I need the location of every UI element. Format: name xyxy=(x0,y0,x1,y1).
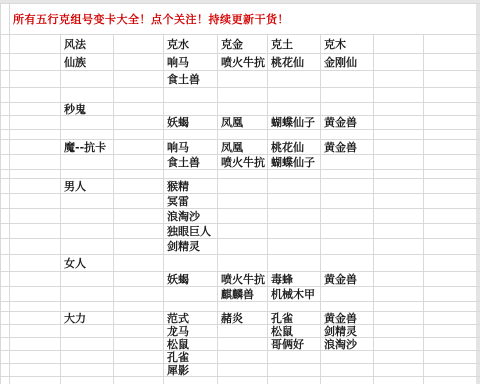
empty-cell[interactable] xyxy=(114,140,164,155)
empty-cell[interactable] xyxy=(268,302,321,312)
empty-cell[interactable] xyxy=(424,71,480,88)
empty-cell[interactable] xyxy=(424,209,480,224)
empty-cell[interactable] xyxy=(321,194,374,209)
empty-cell[interactable] xyxy=(1,140,10,155)
row-label-cell[interactable]: 男人 xyxy=(61,179,114,194)
row-label-cell[interactable]: 大力 xyxy=(61,312,114,325)
monster-cell[interactable]: 松鼠 xyxy=(164,338,218,351)
empty-cell[interactable] xyxy=(268,351,321,364)
empty-cell[interactable] xyxy=(114,54,164,71)
empty-cell[interactable] xyxy=(61,71,114,88)
empty-cell[interactable] xyxy=(218,325,268,338)
empty-cell[interactable] xyxy=(1,364,10,377)
empty-cell[interactable] xyxy=(164,88,218,103)
empty-cell[interactable] xyxy=(424,302,480,312)
empty-cell[interactable] xyxy=(268,103,321,116)
table-row: 男人猴精 xyxy=(1,179,480,194)
empty-cell[interactable] xyxy=(114,377,164,384)
empty-cell[interactable] xyxy=(61,351,114,364)
monster-cell[interactable]: 浪淘沙 xyxy=(321,338,374,351)
table-row: 食土兽 xyxy=(1,71,480,88)
empty-cell[interactable] xyxy=(61,287,114,302)
empty-cell[interactable] xyxy=(374,130,424,140)
empty-cell[interactable] xyxy=(424,116,480,130)
empty-cell[interactable] xyxy=(1,272,10,287)
empty-cell[interactable] xyxy=(114,302,164,312)
empty-cell[interactable] xyxy=(1,287,10,302)
column-header-row: 风法克水克金克土克木 xyxy=(1,35,480,54)
empty-cell[interactable] xyxy=(114,35,164,54)
five-elements-counter-table: 所有五行克组号变卡大全！点个关注！持续更新干货！ 风法克水克金克土克木仙族响马喷… xyxy=(0,3,480,384)
monster-cell[interactable]: 喷火牛抗 xyxy=(218,54,268,71)
empty-cell[interactable] xyxy=(164,130,218,140)
monster-cell[interactable]: 猴精 xyxy=(164,179,218,194)
empty-cell[interactable] xyxy=(1,179,10,194)
empty-cell[interactable] xyxy=(10,170,61,179)
table-row xyxy=(1,88,480,103)
table-row xyxy=(1,170,480,179)
monster-cell[interactable]: 喷火牛抗 xyxy=(218,272,268,287)
monster-cell[interactable]: 犀影 xyxy=(164,364,218,377)
empty-cell[interactable] xyxy=(321,155,374,170)
empty-cell[interactable] xyxy=(10,255,61,272)
empty-cell[interactable] xyxy=(114,338,164,351)
empty-cell[interactable] xyxy=(374,351,424,364)
table-row xyxy=(1,377,480,384)
empty-cell[interactable] xyxy=(164,287,218,302)
column-header-cell[interactable]: 克金 xyxy=(218,35,268,54)
empty-cell[interactable] xyxy=(374,272,424,287)
empty-cell[interactable] xyxy=(61,170,114,179)
empty-cell[interactable] xyxy=(61,377,114,384)
empty-cell[interactable] xyxy=(374,88,424,103)
monster-cell[interactable]: 金刚仙 xyxy=(321,54,374,71)
row-label-cell[interactable]: 仙族 xyxy=(61,54,114,71)
empty-cell[interactable] xyxy=(114,255,164,272)
monster-cell[interactable]: 桃花仙 xyxy=(268,140,321,155)
empty-cell[interactable] xyxy=(10,209,61,224)
empty-cell[interactable] xyxy=(218,224,268,239)
monster-cell[interactable]: 响马 xyxy=(164,140,218,155)
spreadsheet-view: 所有五行克组号变卡大全！点个关注！持续更新干货！ 风法克水克金克土克木仙族响马喷… xyxy=(0,0,480,384)
empty-cell[interactable] xyxy=(218,338,268,351)
empty-cell[interactable] xyxy=(424,54,480,71)
empty-cell[interactable] xyxy=(321,71,374,88)
monster-cell[interactable]: 龙马 xyxy=(164,325,218,338)
empty-cell[interactable] xyxy=(268,71,321,88)
empty-cell[interactable] xyxy=(424,338,480,351)
empty-cell[interactable] xyxy=(61,116,114,130)
empty-cell[interactable] xyxy=(218,209,268,224)
column-header-cell[interactable]: 克土 xyxy=(268,35,321,54)
empty-cell[interactable] xyxy=(114,179,164,194)
empty-cell[interactable] xyxy=(374,377,424,384)
empty-cell[interactable] xyxy=(374,103,424,116)
empty-cell[interactable] xyxy=(1,325,10,338)
monster-cell[interactable]: 剑精灵 xyxy=(164,239,218,255)
monster-cell[interactable]: 浪淘沙 xyxy=(164,209,218,224)
empty-cell[interactable] xyxy=(1,88,10,103)
empty-cell[interactable] xyxy=(10,103,61,116)
empty-cell[interactable] xyxy=(1,338,10,351)
monster-cell[interactable]: 黄金兽 xyxy=(321,140,374,155)
empty-cell[interactable] xyxy=(321,287,374,302)
empty-cell[interactable] xyxy=(374,54,424,71)
empty-cell[interactable] xyxy=(114,364,164,377)
empty-cell[interactable] xyxy=(61,239,114,255)
empty-cell[interactable] xyxy=(374,116,424,130)
empty-cell[interactable] xyxy=(1,170,10,179)
empty-cell[interactable] xyxy=(374,338,424,351)
monster-cell[interactable]: 剑精灵 xyxy=(321,325,374,338)
monster-cell[interactable]: 蝴蝶仙子 xyxy=(268,155,321,170)
empty-cell[interactable] xyxy=(1,239,10,255)
empty-cell[interactable] xyxy=(1,116,10,130)
empty-cell[interactable] xyxy=(268,239,321,255)
empty-cell[interactable] xyxy=(424,194,480,209)
empty-cell[interactable] xyxy=(61,302,114,312)
empty-cell[interactable] xyxy=(218,88,268,103)
empty-cell[interactable] xyxy=(1,130,10,140)
empty-cell[interactable] xyxy=(10,71,61,88)
empty-cell[interactable] xyxy=(424,224,480,239)
empty-cell[interactable] xyxy=(268,377,321,384)
table-row: 妖蝎喷火牛抗毒蜂黄金兽 xyxy=(1,272,480,287)
empty-cell[interactable] xyxy=(268,224,321,239)
monster-cell[interactable]: 哥俩好 xyxy=(268,338,321,351)
table-row: 冥雷 xyxy=(1,194,480,209)
monster-cell[interactable]: 麒麟兽 xyxy=(218,287,268,302)
empty-cell[interactable] xyxy=(374,239,424,255)
empty-cell[interactable] xyxy=(424,351,480,364)
empty-cell[interactable] xyxy=(218,170,268,179)
empty-cell[interactable] xyxy=(1,194,10,209)
monster-cell[interactable]: 机械木甲 xyxy=(268,287,321,302)
empty-cell[interactable] xyxy=(1,4,10,35)
empty-cell[interactable] xyxy=(10,377,61,384)
empty-cell[interactable] xyxy=(321,179,374,194)
empty-cell[interactable] xyxy=(321,239,374,255)
empty-cell[interactable] xyxy=(114,130,164,140)
empty-cell[interactable] xyxy=(1,302,10,312)
empty-cell[interactable] xyxy=(374,302,424,312)
empty-cell[interactable] xyxy=(424,170,480,179)
empty-cell[interactable] xyxy=(268,364,321,377)
empty-cell[interactable] xyxy=(424,35,480,54)
monster-cell[interactable]: 食土兽 xyxy=(164,155,218,170)
empty-cell[interactable] xyxy=(321,130,374,140)
empty-cell[interactable] xyxy=(374,209,424,224)
empty-cell[interactable] xyxy=(374,364,424,377)
empty-cell[interactable] xyxy=(114,351,164,364)
table-row: 犀影 xyxy=(1,364,480,377)
empty-cell[interactable] xyxy=(424,179,480,194)
empty-cell[interactable] xyxy=(61,272,114,287)
empty-cell[interactable] xyxy=(10,116,61,130)
empty-cell[interactable] xyxy=(1,351,10,364)
monster-cell[interactable]: 独眼巨人 xyxy=(164,224,218,239)
table-row: 龙马松鼠剑精灵 xyxy=(1,325,480,338)
column-header-cell[interactable]: 克木 xyxy=(321,35,374,54)
row-label-cell[interactable]: 秒鬼 xyxy=(61,103,114,116)
row-label-cell[interactable]: 女人 xyxy=(61,255,114,272)
empty-cell[interactable] xyxy=(218,239,268,255)
empty-cell[interactable] xyxy=(424,155,480,170)
empty-cell[interactable] xyxy=(114,325,164,338)
empty-cell[interactable] xyxy=(10,179,61,194)
empty-cell[interactable] xyxy=(114,116,164,130)
empty-cell[interactable] xyxy=(10,140,61,155)
column-header-cell[interactable]: 克水 xyxy=(164,35,218,54)
empty-cell[interactable] xyxy=(10,351,61,364)
table-row xyxy=(1,302,480,312)
empty-cell[interactable] xyxy=(374,255,424,272)
empty-cell[interactable] xyxy=(424,325,480,338)
empty-cell[interactable] xyxy=(374,312,424,325)
empty-cell[interactable] xyxy=(1,209,10,224)
empty-cell[interactable] xyxy=(374,155,424,170)
table-row: 独眼巨人 xyxy=(1,224,480,239)
empty-cell[interactable] xyxy=(374,35,424,54)
empty-cell[interactable] xyxy=(1,255,10,272)
empty-cell[interactable] xyxy=(1,312,10,325)
empty-cell[interactable] xyxy=(268,179,321,194)
empty-cell[interactable] xyxy=(268,194,321,209)
empty-cell[interactable] xyxy=(374,325,424,338)
empty-cell[interactable] xyxy=(218,130,268,140)
empty-cell[interactable] xyxy=(1,224,10,239)
empty-cell[interactable] xyxy=(321,351,374,364)
monster-cell[interactable]: 桃花仙 xyxy=(268,54,321,71)
empty-cell[interactable] xyxy=(114,71,164,88)
table-row xyxy=(1,130,480,140)
empty-cell[interactable] xyxy=(10,88,61,103)
empty-cell[interactable] xyxy=(218,255,268,272)
empty-cell[interactable] xyxy=(424,88,480,103)
empty-cell[interactable] xyxy=(10,325,61,338)
empty-cell[interactable] xyxy=(321,364,374,377)
empty-cell[interactable] xyxy=(164,302,218,312)
empty-cell[interactable] xyxy=(1,155,10,170)
empty-cell[interactable] xyxy=(218,194,268,209)
empty-cell[interactable] xyxy=(10,302,61,312)
monster-cell[interactable]: 凤凰 xyxy=(218,116,268,130)
empty-cell[interactable] xyxy=(164,255,218,272)
monster-cell[interactable]: 毒蜂 xyxy=(268,272,321,287)
empty-cell[interactable] xyxy=(424,364,480,377)
empty-cell[interactable] xyxy=(10,364,61,377)
monster-cell[interactable]: 响马 xyxy=(164,54,218,71)
empty-cell[interactable] xyxy=(321,255,374,272)
empty-cell[interactable] xyxy=(10,239,61,255)
empty-cell[interactable] xyxy=(268,170,321,179)
table-row: 剑精灵 xyxy=(1,239,480,255)
empty-cell[interactable] xyxy=(114,194,164,209)
monster-cell[interactable]: 妖蝎 xyxy=(164,116,218,130)
empty-cell[interactable] xyxy=(10,287,61,302)
empty-cell[interactable] xyxy=(114,88,164,103)
banner-title: 所有五行克组号变卡大全！点个关注！持续更新干货！ xyxy=(10,4,480,35)
empty-cell[interactable] xyxy=(374,71,424,88)
empty-cell[interactable] xyxy=(321,377,374,384)
empty-cell[interactable] xyxy=(10,224,61,239)
empty-cell[interactable] xyxy=(374,224,424,239)
table-row: 妖蝎凤凰蝴蝶仙子黄金兽 xyxy=(1,116,480,130)
monster-cell[interactable]: 黄金兽 xyxy=(321,116,374,130)
empty-cell[interactable] xyxy=(10,155,61,170)
empty-cell[interactable] xyxy=(218,179,268,194)
empty-cell[interactable] xyxy=(321,103,374,116)
empty-cell[interactable] xyxy=(218,364,268,377)
empty-cell[interactable] xyxy=(114,155,164,170)
empty-cell[interactable] xyxy=(61,325,114,338)
empty-cell[interactable] xyxy=(61,338,114,351)
empty-cell[interactable] xyxy=(1,103,10,116)
empty-cell[interactable] xyxy=(114,170,164,179)
empty-cell[interactable] xyxy=(424,103,480,116)
empty-cell[interactable] xyxy=(114,209,164,224)
empty-cell[interactable] xyxy=(374,170,424,179)
empty-cell[interactable] xyxy=(424,140,480,155)
table-row: 秒鬼 xyxy=(1,103,480,116)
empty-cell[interactable] xyxy=(321,224,374,239)
empty-cell[interactable] xyxy=(321,302,374,312)
table-row: 魔--抗卡响马凤凰桃花仙黄金兽 xyxy=(1,140,480,155)
empty-cell[interactable] xyxy=(374,140,424,155)
table-row: 浪淘沙 xyxy=(1,209,480,224)
monster-cell[interactable]: 赭炎 xyxy=(218,312,268,325)
empty-cell[interactable] xyxy=(10,338,61,351)
monster-cell[interactable]: 冥雷 xyxy=(164,194,218,209)
empty-cell[interactable] xyxy=(10,130,61,140)
monster-cell[interactable]: 凤凰 xyxy=(218,140,268,155)
monster-cell[interactable]: 黄金兽 xyxy=(321,312,374,325)
empty-cell[interactable] xyxy=(218,377,268,384)
empty-cell[interactable] xyxy=(1,377,10,384)
empty-cell[interactable] xyxy=(1,35,10,54)
column-header-cell[interactable]: 风法 xyxy=(61,35,114,54)
empty-cell[interactable] xyxy=(268,209,321,224)
monster-cell[interactable]: 孔雀 xyxy=(268,312,321,325)
empty-cell[interactable] xyxy=(61,155,114,170)
empty-cell[interactable] xyxy=(114,287,164,302)
empty-cell[interactable] xyxy=(268,130,321,140)
empty-cell[interactable] xyxy=(268,255,321,272)
table-row: 麒麟兽机械木甲 xyxy=(1,287,480,302)
empty-cell[interactable] xyxy=(374,194,424,209)
empty-cell[interactable] xyxy=(1,54,10,71)
empty-cell[interactable] xyxy=(424,272,480,287)
monster-cell[interactable]: 蝴蝶仙子 xyxy=(268,116,321,130)
empty-cell[interactable] xyxy=(61,88,114,103)
empty-cell[interactable] xyxy=(321,88,374,103)
empty-cell[interactable] xyxy=(114,272,164,287)
banner-row: 所有五行克组号变卡大全！点个关注！持续更新干货！ xyxy=(1,4,480,35)
empty-cell[interactable] xyxy=(1,71,10,88)
empty-cell[interactable] xyxy=(321,209,374,224)
monster-cell[interactable]: 妖蝎 xyxy=(164,272,218,287)
empty-cell[interactable] xyxy=(61,194,114,209)
monster-cell[interactable]: 松鼠 xyxy=(268,325,321,338)
window-right-edge xyxy=(476,3,480,384)
empty-cell[interactable] xyxy=(268,88,321,103)
empty-cell[interactable] xyxy=(61,364,114,377)
empty-cell[interactable] xyxy=(218,71,268,88)
empty-cell[interactable] xyxy=(424,377,480,384)
empty-cell[interactable] xyxy=(424,239,480,255)
empty-cell[interactable] xyxy=(10,312,61,325)
empty-cell[interactable] xyxy=(114,224,164,239)
monster-cell[interactable]: 食土兽 xyxy=(164,71,218,88)
empty-cell[interactable] xyxy=(164,103,218,116)
table-row: 大力范式赭炎孔雀黄金兽 xyxy=(1,312,480,325)
empty-cell[interactable] xyxy=(218,103,268,116)
empty-cell[interactable] xyxy=(10,272,61,287)
table-row: 孔雀 xyxy=(1,351,480,364)
empty-cell[interactable] xyxy=(10,54,61,71)
empty-cell[interactable] xyxy=(374,287,424,302)
table-row: 仙族响马喷火牛抗桃花仙金刚仙 xyxy=(1,54,480,71)
empty-cell[interactable] xyxy=(424,255,480,272)
empty-cell[interactable] xyxy=(424,312,480,325)
empty-cell[interactable] xyxy=(10,194,61,209)
monster-cell[interactable]: 孔雀 xyxy=(164,351,218,364)
empty-cell[interactable] xyxy=(164,377,218,384)
empty-cell[interactable] xyxy=(10,35,61,54)
monster-cell[interactable]: 范式 xyxy=(164,312,218,325)
empty-cell[interactable] xyxy=(164,170,218,179)
empty-cell[interactable] xyxy=(218,351,268,364)
empty-cell[interactable] xyxy=(321,170,374,179)
empty-cell[interactable] xyxy=(218,302,268,312)
empty-cell[interactable] xyxy=(114,239,164,255)
table-row: 女人 xyxy=(1,255,480,272)
empty-cell[interactable] xyxy=(61,209,114,224)
empty-cell[interactable] xyxy=(61,130,114,140)
empty-cell[interactable] xyxy=(374,179,424,194)
row-label-cell[interactable]: 魔--抗卡 xyxy=(61,140,114,155)
monster-cell[interactable]: 喷火牛抗 xyxy=(218,155,268,170)
empty-cell[interactable] xyxy=(61,224,114,239)
table-row: 松鼠哥俩好浪淘沙 xyxy=(1,338,480,351)
table-row: 食土兽喷火牛抗蝴蝶仙子 xyxy=(1,155,480,170)
empty-cell[interactable] xyxy=(114,312,164,325)
empty-cell[interactable] xyxy=(424,287,480,302)
monster-cell[interactable]: 黄金兽 xyxy=(321,272,374,287)
empty-cell[interactable] xyxy=(424,130,480,140)
empty-cell[interactable] xyxy=(114,103,164,116)
